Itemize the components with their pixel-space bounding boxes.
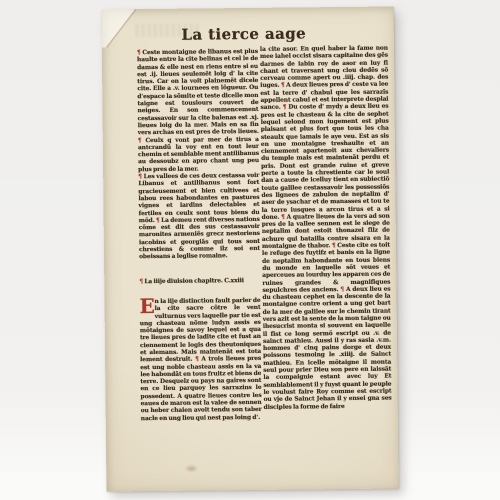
pilcrow-mark: ¶	[139, 278, 143, 285]
text-paragraph: la cite asor. En quel haber la fame non …	[260, 45, 392, 411]
text-paragraph: ¶ Ceste montaigne de libanus est plus ha…	[137, 48, 259, 173]
pilcrow-mark: ¶	[283, 104, 287, 111]
pilcrow-mark: ¶	[137, 49, 141, 56]
book-leaf: La tierce aage ¶ Ceste montaigne de liba…	[101, 6, 398, 491]
right-text-column: la cite asor. En quel haber la fame non …	[260, 45, 392, 411]
pilcrow-mark: ¶	[332, 242, 336, 249]
rubricated-initial: E	[140, 299, 153, 313]
pilcrow-mark: ¶	[138, 173, 142, 180]
pilcrow-mark: ¶	[156, 217, 160, 224]
photo-backdrop: La tierce aage ¶ Ceste montaigne de liba…	[0, 0, 500, 500]
pilcrow-mark: ¶	[195, 356, 199, 363]
paper-stain	[184, 465, 198, 473]
text-paragraph: ¶ Les vallees de ces deux cestassa voir …	[138, 172, 260, 261]
pilcrow-mark: ¶	[340, 286, 344, 293]
chapter-heading: ¶ La iiije diuision chapitre. C.xxiii	[139, 277, 260, 286]
pilcrow-mark: ¶	[138, 137, 142, 144]
text-paragraph: En la iije distinction fault parler de l…	[140, 297, 262, 422]
pilcrow-mark: ¶	[281, 82, 285, 89]
running-title: La tierce aage	[124, 24, 364, 47]
pilcrow-mark: ¶	[281, 213, 285, 220]
left-text-column: ¶ Ceste montaigne de libanus est plus ha…	[137, 48, 262, 422]
